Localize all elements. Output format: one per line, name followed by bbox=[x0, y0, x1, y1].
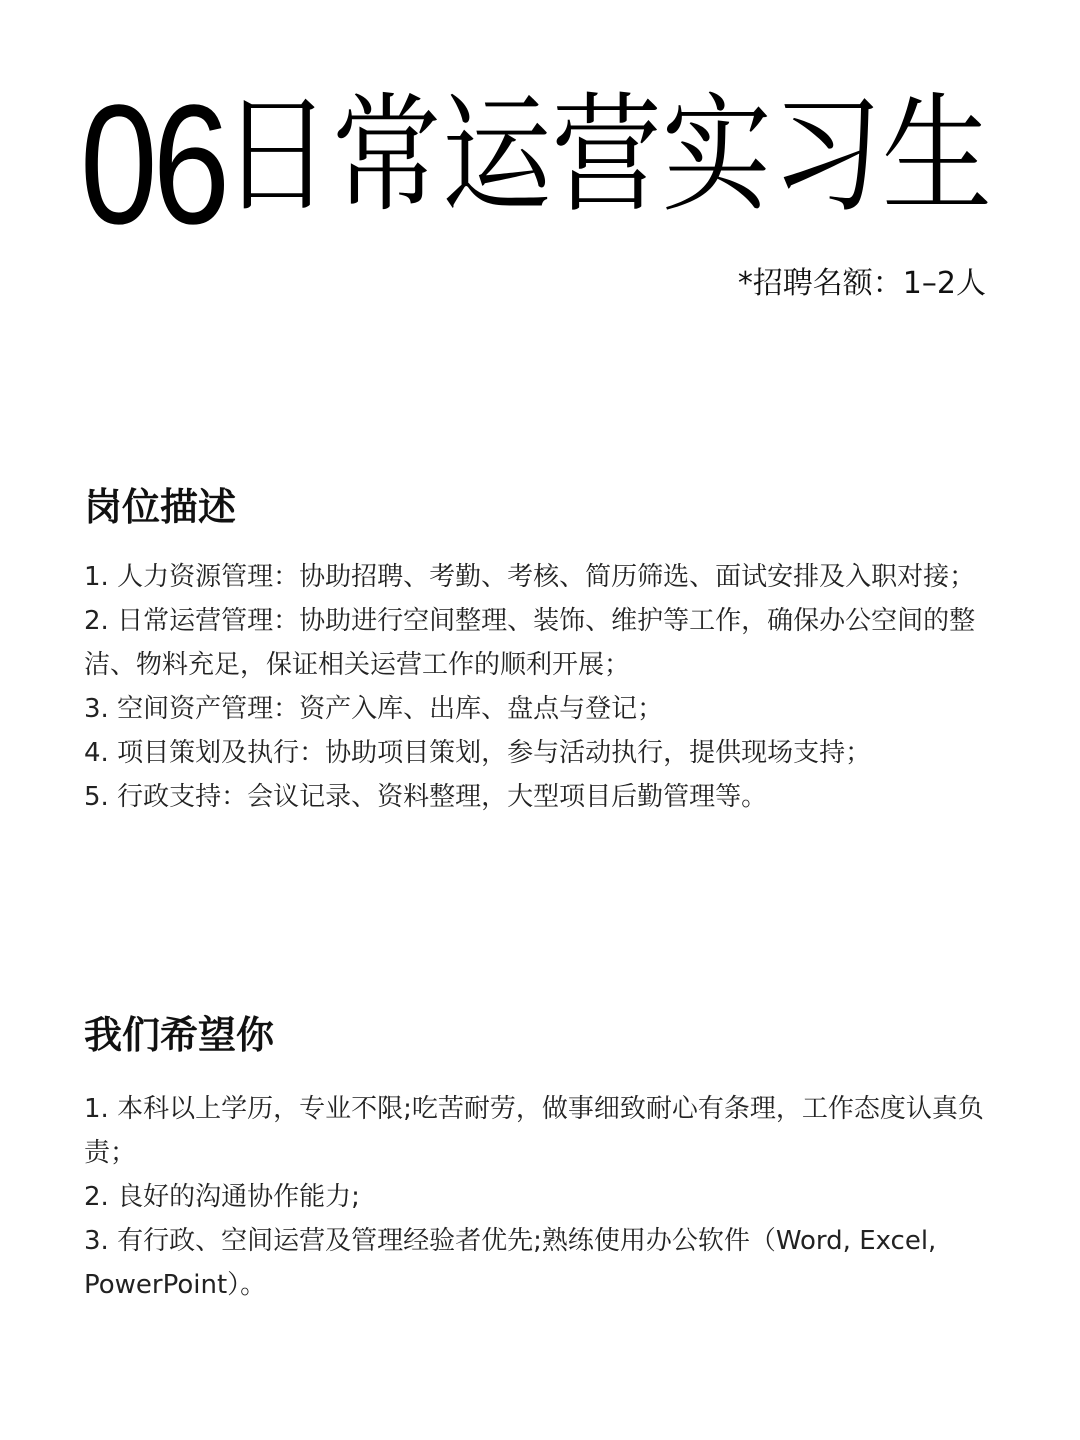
list-item: 2. 良好的沟通协作能力; bbox=[84, 1175, 994, 1219]
job-description-list: 1. 人力资源管理：协助招聘、考勤、考核、简历筛选、面试安排及入职对接； 2. … bbox=[84, 555, 994, 819]
list-item: 3. 有行政、空间运营及管理经验者优先;熟练使用办公软件（Word, Excel… bbox=[84, 1219, 994, 1307]
list-item: 1. 本科以上学历，专业不限;吃苦耐劳，做事细致耐心有条理，工作态度认真负责； bbox=[84, 1087, 994, 1175]
list-item: 1. 人力资源管理：协助招聘、考勤、考核、简历筛选、面试安排及入职对接； bbox=[84, 555, 994, 599]
requirements-heading: 我们希望你 bbox=[84, 1004, 274, 1059]
hiring-quota: *招聘名额：1–2人 bbox=[738, 258, 986, 302]
position-number: 06 bbox=[80, 80, 225, 250]
list-item: 2. 日常运营管理：协助进行空间整理、装饰、维护等工作，确保办公空间的整洁、物料… bbox=[84, 599, 994, 687]
position-title: 日常运营实习生 bbox=[221, 92, 992, 220]
list-item: 5. 行政支持：会议记录、资料整理，大型项目后勤管理等。 bbox=[84, 775, 994, 819]
list-item: 4. 项目策划及执行：协助项目策划，参与活动执行，提供现场支持； bbox=[84, 731, 994, 775]
job-description-heading: 岗位描述 bbox=[84, 476, 236, 531]
list-item: 3. 空间资产管理：资产入库、出库、盘点与登记； bbox=[84, 687, 994, 731]
requirements-list: 1. 本科以上学历，专业不限;吃苦耐劳，做事细致耐心有条理，工作态度认真负责； … bbox=[84, 1087, 994, 1307]
